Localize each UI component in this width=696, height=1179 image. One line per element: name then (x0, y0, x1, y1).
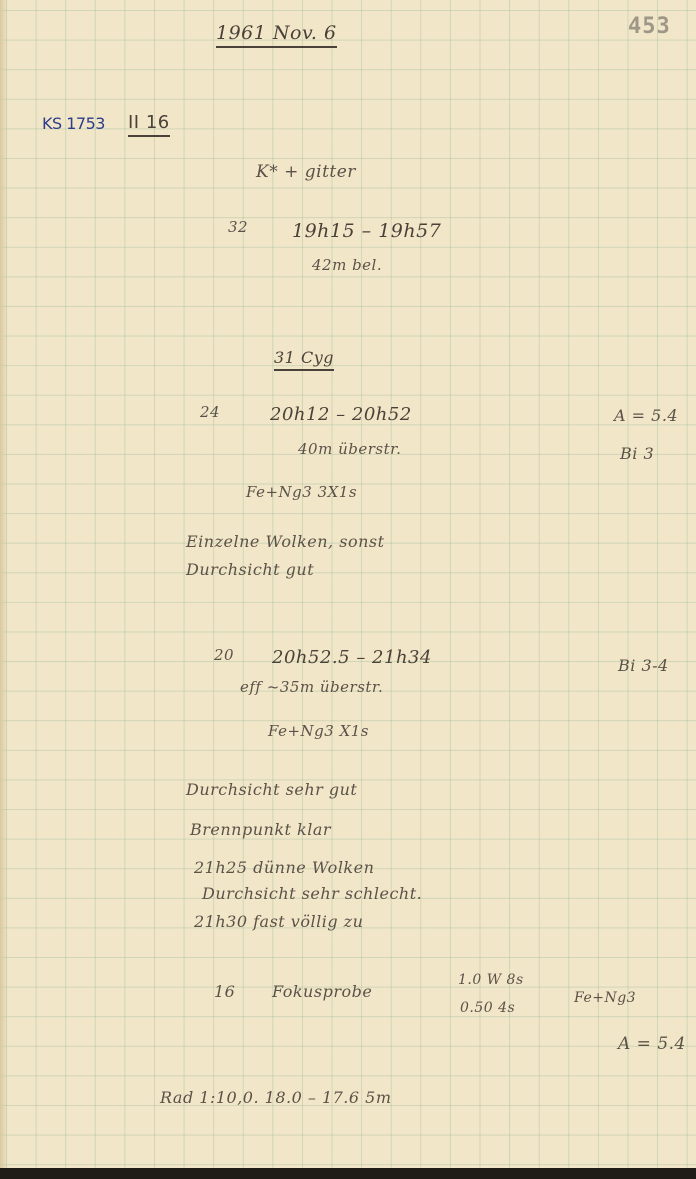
scan-edge-strip (0, 1168, 696, 1179)
time-start: 20h12 (270, 404, 330, 425)
exposure-no: 20 (214, 646, 234, 664)
exposure-no: 32 (228, 218, 248, 236)
plate-roman: II (128, 112, 140, 133)
remark: Durchsicht sehr schlecht. (202, 884, 422, 903)
date-header: 1961 Nov. 6 (216, 22, 337, 48)
focus-row: 1.0 W 8s (458, 972, 524, 988)
lamp-note: Fe+Ng3 X1s (268, 722, 369, 740)
remark: Durchsicht sehr gut (186, 780, 357, 799)
duration-note: eff ~35m überstr. (240, 678, 383, 696)
focus-row: 0.50 4s (460, 1000, 515, 1016)
remark: 21h25 dünne Wolken (194, 858, 374, 877)
time-end: 20h52 (352, 404, 412, 425)
duration-note: 42m bel. (312, 256, 382, 274)
lamp-note: Fe+Ng3 (574, 990, 636, 1006)
time-range: 20h12 – 20h52 (270, 404, 412, 425)
remark: Brennpunkt klar (190, 820, 331, 839)
plate-number: 16 (146, 112, 170, 133)
right-note: Bi 3-4 (618, 656, 669, 675)
object-label: K* + gitter (256, 162, 356, 182)
object-header: 31 Cyg (274, 348, 334, 371)
remark: Einzelne Wolken, sonst (186, 532, 385, 551)
footer-note: Rad 1:10,0. 18.0 – 17.6 5m (160, 1088, 392, 1107)
right-note: A = 5.4 (614, 406, 678, 425)
exposure-no: 24 (200, 403, 220, 421)
time-range: 19h15 – 19h57 (292, 220, 441, 242)
remark: 21h30 fast völlig zu (194, 912, 363, 931)
time-range: 20h52.5 – 21h34 (272, 647, 432, 668)
plate-id: II 16 (128, 112, 170, 137)
catalog-label: KS 1753 (42, 114, 105, 133)
time-start: 20h52.5 (272, 647, 350, 668)
exposure-no: 16 (214, 982, 235, 1001)
grid-paper-page: 1961 Nov. 6 453 KS 1753 II 16 K* + gitte… (0, 0, 696, 1168)
page-number-stamp: 453 (628, 14, 671, 39)
right-note: A = 5.4 (618, 1034, 686, 1054)
right-note: Bi 3 (620, 444, 654, 463)
lamp-note: Fe+Ng3 3X1s (246, 483, 357, 501)
time-end: 21h34 (372, 647, 432, 668)
duration-note: 40m überstr. (298, 440, 401, 458)
focus-test-label: Fokusprobe (272, 982, 372, 1001)
remark: Durchsicht gut (186, 560, 314, 579)
time-start: 19h15 (292, 220, 355, 242)
time-end: 19h57 (378, 220, 441, 242)
